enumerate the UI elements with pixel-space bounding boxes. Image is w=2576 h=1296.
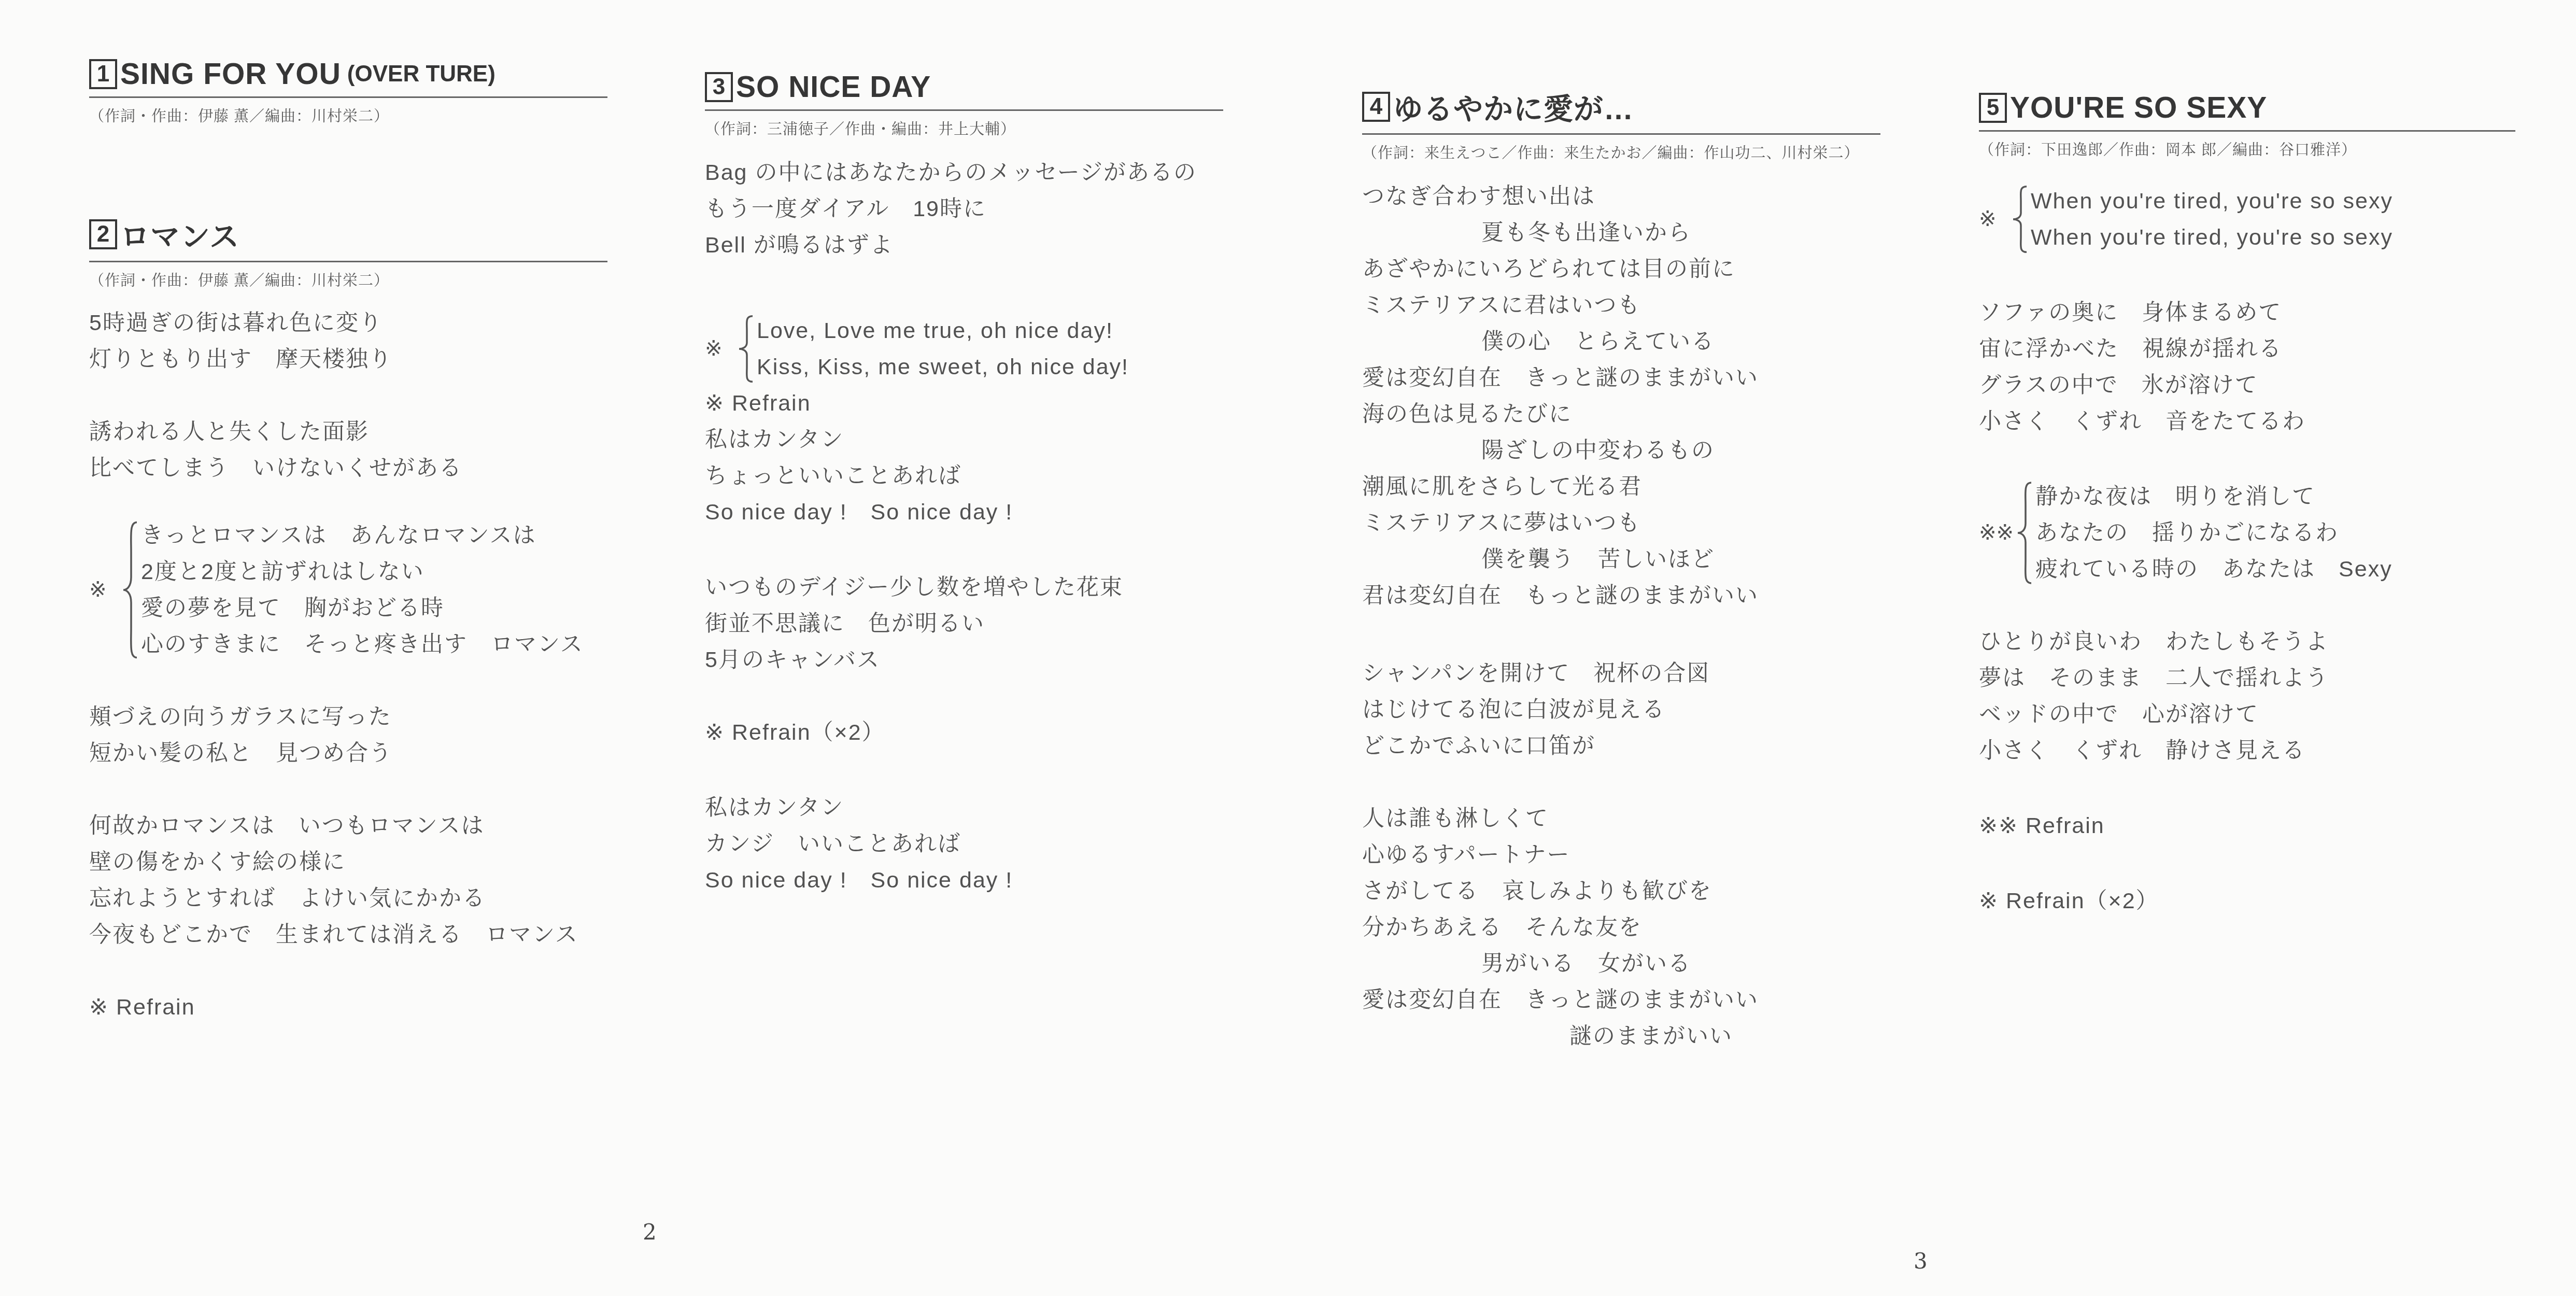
stanza-gap	[1979, 256, 1984, 294]
refrain-lines: When you're tired, you're so sexyWhen yo…	[2031, 183, 2576, 256]
lyric-line: 宙に浮かべた 視線が揺れる	[1979, 331, 2576, 367]
song-lyrics: ※When you're tired, you're so sexyWhen y…	[1979, 160, 2576, 919]
stanza-gap	[89, 486, 94, 517]
lyric-line: ※ Refrain	[89, 989, 698, 1025]
stanza-gap	[89, 953, 94, 989]
lyric-line: はじけてる泡に白波が見える	[1362, 692, 1971, 728]
lyric-line: 誘われる人と失くした面影	[89, 414, 698, 450]
lyric-line: 今夜もどこかで 生まれては消える ロマンス	[89, 917, 698, 953]
stanza-gap	[1362, 163, 1367, 178]
lyric-line: 陽ざしの中変わるもの	[1362, 432, 1971, 469]
refrain-marker: ※	[705, 337, 735, 361]
lyric-line: 忘れようとすれば よけい気にかかる	[89, 880, 698, 917]
stanza-gap	[89, 663, 94, 699]
refrain-marker: ※	[1979, 207, 2009, 231]
page-number-left: 2	[643, 1219, 657, 1245]
lyric-line: 疲れている時の あなたは Sexy	[2035, 551, 2576, 587]
lyric-line: 頬づえの向うガラスに写った	[89, 699, 698, 735]
title-underline	[89, 96, 607, 98]
track-number-box: 4	[1362, 92, 1390, 122]
lyric-line: 謎のままがいい	[1362, 1018, 1971, 1054]
stanza-gap	[89, 771, 94, 808]
song-section-5: 5YOU'RE SO SEXY（作詞：下田逸郎／作曲：岡本 郎／編曲：谷口雅洋）…	[1979, 91, 2576, 919]
page-number-right: 3	[1914, 1248, 1928, 1274]
lyric-line: 男がいる 女がいる	[1362, 946, 1971, 982]
stanza-gap	[1362, 764, 1367, 800]
title-underline	[705, 109, 1223, 111]
title-underline	[1362, 133, 1880, 135]
lyric-line: ※ Refrain（×2）	[1979, 883, 2576, 919]
song-section-3: 3SO NICE DAY（作詞：三浦徳子／作曲・編曲：井上大輔）Bag の中には…	[705, 70, 1314, 898]
lyric-booklet-spread: 1SING FOR YOU(OVER TURE)（作詞・作曲：伊藤 薫／編曲：川…	[0, 0, 2576, 1296]
lyric-line: 2度と2度と訪ずれはしない	[141, 554, 698, 590]
song-lyrics: 5時過ぎの街は暮れ色に変り灯りともり出す 摩天楼独り誘われる人と失くした面影比べ…	[89, 290, 698, 1025]
lyric-line: ひとりが良いわ わたしもそうよ	[1979, 624, 2576, 660]
lyric-line: 私はカンタン	[705, 790, 1314, 826]
song-title: ロマンス	[120, 213, 239, 256]
lyrics-column-3: 4ゆるやかに愛が…（作詞：来生えつこ／作曲：来生たかお／編曲：作山功二、川村栄二…	[1362, 86, 1971, 1054]
lyric-line: ベッドの中で 心が溶けて	[1979, 696, 2576, 732]
lyric-line: Love, Love me true, oh nice day!	[757, 313, 1314, 349]
stanza-gap	[1979, 160, 1984, 183]
lyric-line: When you're tired, you're so sexy	[2031, 219, 2576, 256]
track-number-box: 1	[89, 59, 117, 89]
lyric-line: 何故かロマンスは いつもロマンスは	[89, 808, 698, 844]
lyric-line: 夏も冬も出逢いから	[1362, 215, 1971, 251]
song-credits: （作詞：三浦徳子／作曲・編曲：井上大輔）	[705, 118, 1314, 139]
lyric-line: Bag の中にはあなたからのメッセージがあるの	[705, 154, 1314, 191]
lyric-line: どこかでふいに口笛が	[1362, 728, 1971, 764]
lyric-line: 分かちあえる そんな友を	[1362, 909, 1971, 946]
refrain-lines: 静かな夜は 明りを消してあなたの 揺りかごになるわ疲れている時の あなたは Se…	[2035, 478, 2576, 587]
lyric-line: ちょっといいことあれば	[705, 458, 1314, 494]
lyric-line: ミステリアスに夢はいつも	[1362, 505, 1971, 541]
lyric-line: ※※ Refrain	[1979, 808, 2576, 844]
lyric-line: いつものデイジー少し数を増やした花束	[705, 569, 1314, 605]
refrain-lines: Love, Love me true, oh nice day!Kiss, Ki…	[757, 313, 1314, 385]
refrain-bracket-group: ※きっとロマンスは あんなロマンスは2度と2度と訪ずれはしない愛の夢を見て 胸が…	[89, 517, 698, 663]
refrain-bracket-group: ※Love, Love me true, oh nice day!Kiss, K…	[705, 313, 1314, 385]
lyric-line: ※ Refrain	[705, 385, 1314, 421]
lyric-line: 小さく くずれ 音をたてるわ	[1979, 403, 2576, 440]
stanza-gap	[89, 377, 94, 414]
lyric-line: Bell が鳴るはずよ	[705, 227, 1314, 263]
track-number-box: 3	[705, 72, 733, 102]
lyric-line: 壁の傷をかくす絵の様に	[89, 844, 698, 880]
lyric-line: シャンパンを開けて 祝杯の合図	[1362, 655, 1971, 692]
lyric-line: Kiss, Kiss, me sweet, oh nice day!	[757, 349, 1314, 385]
stanza-gap	[1979, 769, 1984, 808]
curly-brace-icon	[2009, 185, 2031, 253]
stanza-gap	[1362, 614, 1367, 655]
song-credits: （作詞：下田逸郎／作曲：岡本 郎／編曲：谷口雅洋）	[1979, 138, 2576, 160]
song-title-suffix: (OVER TURE)	[347, 61, 496, 87]
title-underline	[89, 261, 607, 262]
stanza-gap	[1979, 587, 1984, 624]
stanza-gap	[705, 751, 710, 790]
lyric-line: ※ Refrain（×2）	[705, 714, 1314, 751]
song-heading: 1SING FOR YOU(OVER TURE)	[89, 57, 698, 91]
lyric-line: 僕の心 とらえている	[1362, 323, 1971, 360]
curly-brace-icon	[119, 519, 141, 660]
refrain-marker: ※※	[1979, 521, 2014, 545]
song-title: ゆるやかに愛が…	[1393, 86, 1634, 128]
lyric-line: 海の色は見るたびに	[1362, 396, 1971, 432]
lyric-line: 夢は そのまま 二人で揺れよう	[1979, 660, 2576, 696]
song-section-2: 2ロマンス（作詞・作曲：伊藤 薫／編曲：川村栄二）5時過ぎの街は暮れ色に変り灯り…	[89, 213, 698, 1025]
curly-brace-icon	[2014, 481, 2035, 585]
song-section-4: 4ゆるやかに愛が…（作詞：来生えつこ／作曲：来生たかお／編曲：作山功二、川村栄二…	[1362, 86, 1971, 1054]
song-lyrics: つなぎ合わす想い出は夏も冬も出逢いからあざやかにいろどられては目の前にミステリア…	[1362, 163, 1971, 1054]
stanza-gap	[1979, 440, 1984, 478]
lyric-line: ミステリアスに君はいつも	[1362, 287, 1971, 323]
song-title: YOU'RE SO SEXY	[2010, 91, 2267, 125]
refrain-bracket-group: ※When you're tired, you're so sexyWhen y…	[1979, 183, 2576, 256]
lyric-line: グラスの中で 氷が溶けて	[1979, 367, 2576, 403]
lyric-line: 潮風に肌をさらして光る君	[1362, 469, 1971, 505]
lyric-line: 私はカンタン	[705, 421, 1314, 458]
song-title: SO NICE DAY	[736, 70, 931, 104]
lyric-line: 5時過ぎの街は暮れ色に変り	[89, 305, 698, 341]
lyric-line: 愛の夢を見て 胸がおどる時	[141, 590, 698, 626]
title-underline	[1979, 130, 2515, 132]
lyric-line: 人は誰も淋しくて	[1362, 800, 1971, 837]
lyric-line: つなぎ合わす想い出は	[1362, 178, 1971, 215]
lyric-line: 短かい髪の私と 見つめ合う	[89, 735, 698, 771]
stanza-gap	[705, 678, 710, 714]
refrain-lines: きっとロマンスは あんなロマンスは2度と2度と訪ずれはしない愛の夢を見て 胸がお…	[141, 517, 698, 663]
lyric-line: 愛は変幻自在 きっと謎のままがいい	[1362, 982, 1971, 1018]
lyric-line: 心のすきまに そっと疼き出す ロマンス	[141, 626, 698, 663]
lyrics-column-2: 3SO NICE DAY（作詞：三浦徳子／作曲・編曲：井上大輔）Bag の中には…	[705, 70, 1314, 898]
song-credits: （作詞・作曲：伊藤 薫／編曲：川村栄二）	[89, 105, 698, 126]
lyrics-column-4: 5YOU'RE SO SEXY（作詞：下田逸郎／作曲：岡本 郎／編曲：谷口雅洋）…	[1979, 91, 2576, 919]
song-lyrics: Bag の中にはあなたからのメッセージがあるのもう一度ダイアル 19時にBell…	[705, 139, 1314, 898]
lyric-line: 心ゆるすパートナー	[1362, 837, 1971, 873]
stanza-gap	[89, 290, 94, 305]
lyric-line: 灯りともり出す 摩天楼独り	[89, 341, 698, 377]
lyrics-column-1: 1SING FOR YOU(OVER TURE)（作詞・作曲：伊藤 薫／編曲：川…	[89, 57, 698, 1025]
lyric-line: 5月のキャンバス	[705, 642, 1314, 678]
lyric-line: So nice day ! So nice day !	[705, 494, 1314, 530]
song-title: SING FOR YOU	[120, 57, 341, 91]
refrain-marker: ※	[89, 578, 119, 602]
lyric-line: 静かな夜は 明りを消して	[2035, 478, 2576, 515]
curly-brace-icon	[735, 315, 757, 383]
lyric-line: 街並不思議に 色が明るい	[705, 605, 1314, 642]
lyric-line: きっとロマンスは あんなロマンスは	[141, 517, 698, 554]
lyric-line: When you're tired, you're so sexy	[2031, 183, 2576, 219]
lyric-line: So nice day ! So nice day !	[705, 862, 1314, 898]
lyric-line: 愛は変幻自在 きっと謎のままがいい	[1362, 360, 1971, 396]
song-credits: （作詞・作曲：伊藤 薫／編曲：川村栄二）	[89, 269, 698, 290]
stanza-gap	[705, 263, 710, 313]
refrain-bracket-group: ※※静かな夜は 明りを消してあなたの 揺りかごになるわ疲れている時の あなたは …	[1979, 478, 2576, 587]
lyric-line: あざやかにいろどられては目の前に	[1362, 251, 1971, 287]
song-credits: （作詞：来生えつこ／作曲：来生たかお／編曲：作山功二、川村栄二）	[1362, 142, 1971, 163]
stanza-gap	[705, 139, 710, 154]
song-heading: 4ゆるやかに愛が…	[1362, 86, 1971, 128]
lyric-line: ソファの奥に 身体まるめて	[1979, 294, 2576, 331]
song-heading: 5YOU'RE SO SEXY	[1979, 91, 2576, 125]
stanza-gap	[1979, 844, 1984, 883]
lyric-line: 僕を襲う 苦しいほど	[1362, 541, 1971, 577]
lyric-line: 小さく くずれ 静けさ見える	[1979, 732, 2576, 769]
song-heading: 2ロマンス	[89, 213, 698, 256]
lyric-line: 君は変幻自在 もっと謎のままがいい	[1362, 577, 1971, 614]
song-heading: 3SO NICE DAY	[705, 70, 1314, 104]
stanza-gap	[705, 530, 710, 569]
lyric-line: あなたの 揺りかごになるわ	[2035, 515, 2576, 551]
lyric-line: さがしてる 哀しみよりも歓びを	[1362, 873, 1971, 909]
lyric-line: 比べてしまう いけないくせがある	[89, 450, 698, 486]
track-number-box: 2	[89, 219, 117, 249]
track-number-box: 5	[1979, 93, 2007, 123]
song-section-1: 1SING FOR YOU(OVER TURE)（作詞・作曲：伊藤 薫／編曲：川…	[89, 57, 698, 126]
lyric-line: カンジ いいことあれば	[705, 826, 1314, 862]
lyric-line: もう一度ダイアル 19時に	[705, 191, 1314, 227]
